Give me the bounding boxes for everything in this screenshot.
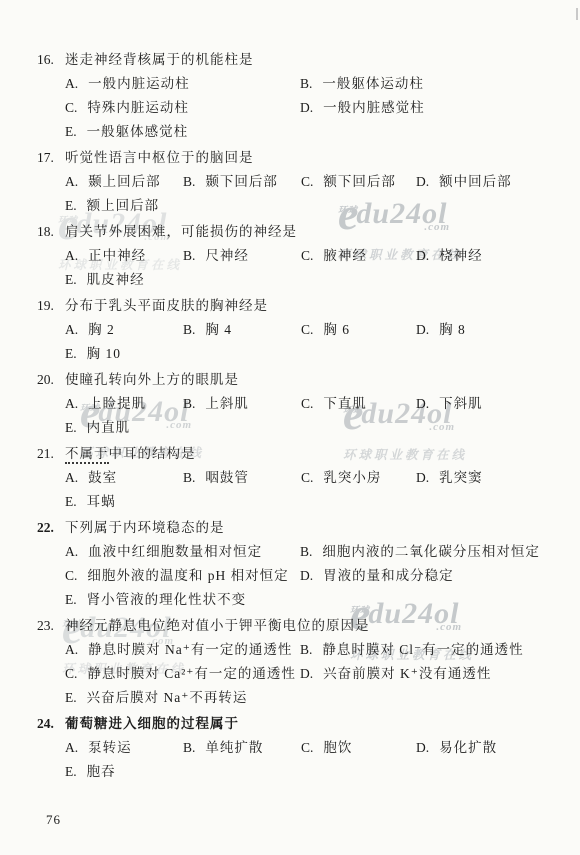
option: D.桡神经 [416,244,580,268]
question-stem-row: 22.下列属于内环境稳态的是 [65,516,580,540]
option-text: 兴奋前膜对 K⁺没有通透性 [323,666,491,681]
option-label: D. [416,174,429,189]
option-text: 额中回后部 [439,174,512,189]
options-grid: A.鼓室B.咽鼓管C.乳突小房D.乳突窦E.耳蜗 [65,466,580,514]
option: C.胸 6 [301,318,416,342]
option-label: E. [65,272,77,287]
option: D.一般内脏感觉柱 [300,96,580,120]
options-grid: A.胸 2B.胸 4C.胸 6D.胸 8E.胸 10 [65,318,580,366]
option-text: 特殊内脏运动柱 [87,100,189,115]
option: A.上睑提肌 [65,392,183,416]
option: D.下斜肌 [416,392,580,416]
options-grid: A.颞上回后部B.颞下回后部C.额下回后部D.额中回后部E.额上回后部 [65,170,580,218]
option-text: 咽鼓管 [205,470,249,485]
question-number: 16. [37,48,54,72]
option-label: C. [65,568,77,583]
page-number: 76 [46,812,61,828]
option: C.腋神经 [301,244,416,268]
option-text: 静息时膜对 Na⁺有一定的通透性 [88,642,292,657]
option-text: 胸 2 [88,322,115,337]
option-label: D. [300,568,313,583]
question-stem-row: 21.不属于中耳的结构是 [65,442,580,466]
option: A.鼓室 [65,466,183,490]
option-label: C. [301,470,313,485]
question-stem: 葡萄糖进入细胞的过程属于 [65,716,239,731]
question-stem-row: 17.听觉性语言中枢位于的脑回是 [65,146,580,170]
option: A.泵转运 [65,736,183,760]
option: E.胸 10 [65,342,183,366]
option: E.一般躯体感觉柱 [65,120,300,144]
option-text: 乳突窦 [439,470,483,485]
question-stem: 迷走神经背核属于的机能柱是 [65,52,254,67]
option-label: B. [183,174,195,189]
option-text: 下直肌 [323,396,367,411]
options-grid: A.血液中红细胞数量相对恒定B.细胞内液的二氧化碳分压相对恒定C.细胞外液的温度… [65,540,580,612]
question-number: 21. [37,442,54,466]
option-label: E. [65,690,77,705]
option: C.细胞外液的温度和 pH 相对恒定 [65,564,300,588]
option-label: D. [416,470,429,485]
option-text: 胸 8 [439,322,466,337]
option-label: A. [65,642,78,657]
option-text: 颞上回后部 [88,174,161,189]
option: D.易化扩散 [416,736,580,760]
option-text: 细胞外液的温度和 pH 相对恒定 [87,568,288,583]
option: B.咽鼓管 [183,466,301,490]
question-number: 24. [37,712,54,736]
option-text: 上睑提肌 [88,396,146,411]
option-text: 血液中红细胞数量相对恒定 [88,544,262,559]
option-text: 静息时膜对 Cl⁻有一定的通透性 [322,642,523,657]
option: A.一般内脏运动柱 [65,72,300,96]
question-stem: 中耳的结构是 [109,446,196,461]
question-stem: 使瞳孔转向外上方的眼肌是 [65,372,239,387]
option: E.肌皮神经 [65,268,183,292]
option: C.下直肌 [301,392,416,416]
option-text: 肾小管液的理化性状不变 [87,592,247,607]
option-label: D. [416,396,429,411]
option-label: E. [65,346,77,361]
option-label: A. [65,396,78,411]
option-label: D. [300,666,313,681]
option-label: E. [65,198,77,213]
option-label: A. [65,76,78,91]
option: D.额中回后部 [416,170,580,194]
question-stem: 神经元静息电位绝对值小于钾平衡电位的原因是 [65,618,370,633]
option-text: 桡神经 [439,248,483,263]
option-text: 肌皮神经 [87,272,145,287]
option-text: 正中神经 [88,248,146,263]
question-number: 18. [37,220,54,244]
option-text: 腋神经 [323,248,367,263]
options-grid: A.静息时膜对 Na⁺有一定的通透性B.静息时膜对 Cl⁻有一定的通透性C.静息… [65,638,580,710]
question-number: 20. [37,368,54,392]
option-label: A. [65,470,78,485]
option-label: C. [65,666,77,681]
option-text: 尺神经 [205,248,249,263]
option-text: 下斜肌 [439,396,483,411]
option: C.乳突小房 [301,466,416,490]
question-block: 16.迷走神经背核属于的机能柱是 A.一般内脏运动柱B.一般躯体运动柱C.特殊内… [65,48,580,144]
option-text: 单纯扩散 [205,740,263,755]
option: C.额下回后部 [301,170,416,194]
option-label: C. [301,248,313,263]
option-text: 胸 6 [323,322,350,337]
option-label: B. [183,248,195,263]
option-label: C. [301,396,313,411]
option: C.胞饮 [301,736,416,760]
option-label: E. [65,124,77,139]
option-text: 泵转运 [88,740,132,755]
question-number: 17. [37,146,54,170]
option: E.兴奋后膜对 Na⁺不再转运 [65,686,300,710]
question-stem-row: 24.葡萄糖进入细胞的过程属于 [65,712,580,736]
option: E.额上回后部 [65,194,183,218]
question-block: 19.分布于乳头平面皮肤的胸神经是 A.胸 2B.胸 4C.胸 6D.胸 8E.… [65,294,580,366]
option-label: C. [65,100,77,115]
option-label: B. [183,396,195,411]
question-block: 18.肩关节外展困难，可能损伤的神经是 A.正中神经B.尺神经C.腋神经D.桡神… [65,220,580,292]
option: A.颞上回后部 [65,170,183,194]
option-text: 胸 10 [87,346,121,361]
option-label: B. [183,740,195,755]
option-text: 胞吞 [87,764,116,779]
option: D.胸 8 [416,318,580,342]
option-label: D. [300,100,313,115]
option: A.静息时膜对 Na⁺有一定的通透性 [65,638,300,662]
option-label: A. [65,740,78,755]
question-block: 17.听觉性语言中枢位于的脑回是 A.颞上回后部B.颞下回后部C.额下回后部D.… [65,146,580,218]
question-stem: 肩关节外展困难，可能损伤的神经是 [65,224,297,239]
question-block: 24.葡萄糖进入细胞的过程属于 A.泵转运B.单纯扩散C.胞饮D.易化扩散E.胞… [65,712,580,784]
question-stem-row: 16.迷走神经背核属于的机能柱是 [65,48,580,72]
question-number: 22. [37,516,54,540]
question-stem: 听觉性语言中枢位于的脑回是 [65,150,254,165]
option-label: B. [300,642,312,657]
option: B.胸 4 [183,318,301,342]
option-text: 一般躯体运动柱 [322,76,424,91]
options-grid: A.正中神经B.尺神经C.腋神经D.桡神经E.肌皮神经 [65,244,580,292]
question-stem-row: 19.分布于乳头平面皮肤的胸神经是 [65,294,580,318]
option-label: A. [65,544,78,559]
option: B.尺神经 [183,244,301,268]
option-text: 一般内脏感觉柱 [323,100,425,115]
option: A.胸 2 [65,318,183,342]
option: B.颞下回后部 [183,170,301,194]
option-label: B. [300,544,312,559]
option-label: A. [65,322,78,337]
option-text: 细胞内液的二氧化碳分压相对恒定 [322,544,540,559]
question-stem: 下列属于内环境稳态的是 [65,520,225,535]
question-block: 22.下列属于内环境稳态的是 A.血液中红细胞数量相对恒定B.细胞内液的二氧化碳… [65,516,580,612]
option-label: D. [416,322,429,337]
option: C.静息时膜对 Ca²⁺有一定的通透性 [65,662,300,686]
question-stem-row: 18.肩关节外展困难，可能损伤的神经是 [65,220,580,244]
option: E.胞吞 [65,760,183,784]
option-text: 易化扩散 [439,740,497,755]
option-label: B. [183,470,195,485]
option-text: 鼓室 [88,470,117,485]
option-text: 兴奋后膜对 Na⁺不再转运 [87,690,248,705]
option: C.特殊内脏运动柱 [65,96,300,120]
question-number: 23. [37,614,54,638]
question-stem: 分布于乳头平面皮肤的胸神经是 [65,298,268,313]
option: B.单纯扩散 [183,736,301,760]
option-label: A. [65,248,78,263]
question-block: 23.神经元静息电位绝对值小于钾平衡电位的原因是 A.静息时膜对 Na⁺有一定的… [65,614,580,710]
option: D.胃液的量和成分稳定 [300,564,580,588]
option-label: B. [300,76,312,91]
question-stem-row: 20.使瞳孔转向外上方的眼肌是 [65,368,580,392]
options-grid: A.一般内脏运动柱B.一般躯体运动柱C.特殊内脏运动柱D.一般内脏感觉柱E.一般… [65,72,580,144]
option: E.内直肌 [65,416,183,440]
option: B.上斜肌 [183,392,301,416]
option-label: D. [416,740,429,755]
options-grid: A.上睑提肌B.上斜肌C.下直肌D.下斜肌E.内直肌 [65,392,580,440]
option-text: 胃液的量和成分稳定 [323,568,454,583]
option: D.乳突窦 [416,466,580,490]
option-text: 一般躯体感觉柱 [87,124,189,139]
option-text: 胸 4 [205,322,232,337]
option-label: C. [301,322,313,337]
option: D.兴奋前膜对 K⁺没有通透性 [300,662,580,686]
option-text: 额下回后部 [323,174,396,189]
option-label: E. [65,592,77,607]
question-block: 20.使瞳孔转向外上方的眼肌是 A.上睑提肌B.上斜肌C.下直肌D.下斜肌E.内… [65,368,580,440]
option-label: D. [416,248,429,263]
option-text: 静息时膜对 Ca²⁺有一定的通透性 [87,666,296,681]
option-text: 胞饮 [323,740,352,755]
option-label: C. [301,740,313,755]
option-text: 内直肌 [87,420,131,435]
option: B.细胞内液的二氧化碳分压相对恒定 [300,540,580,564]
option-label: A. [65,174,78,189]
option-label: B. [183,322,195,337]
option-text: 一般内脏运动柱 [88,76,190,91]
option: E.肾小管液的理化性状不变 [65,588,300,612]
option: B.静息时膜对 Cl⁻有一定的通透性 [300,638,580,662]
option-text: 额上回后部 [87,198,160,213]
exam-page: 16.迷走神经背核属于的机能柱是 A.一般内脏运动柱B.一般躯体运动柱C.特殊内… [0,0,580,784]
option-text: 耳蜗 [87,494,116,509]
option-label: E. [65,420,77,435]
option-label: E. [65,494,77,509]
question-stem-emphasis: 不属于 [65,446,109,464]
question-number: 19. [37,294,54,318]
question-stem-row: 23.神经元静息电位绝对值小于钾平衡电位的原因是 [65,614,580,638]
option: A.正中神经 [65,244,183,268]
option-text: 上斜肌 [205,396,249,411]
option-label: E. [65,764,77,779]
option: B.一般躯体运动柱 [300,72,580,96]
options-grid: A.泵转运B.单纯扩散C.胞饮D.易化扩散E.胞吞 [65,736,580,784]
option: E.耳蜗 [65,490,183,514]
question-block: 21.不属于中耳的结构是 A.鼓室B.咽鼓管C.乳突小房D.乳突窦E.耳蜗 [65,442,580,514]
option: A.血液中红细胞数量相对恒定 [65,540,300,564]
option-text: 颞下回后部 [205,174,278,189]
option-label: C. [301,174,313,189]
option-text: 乳突小房 [323,470,381,485]
